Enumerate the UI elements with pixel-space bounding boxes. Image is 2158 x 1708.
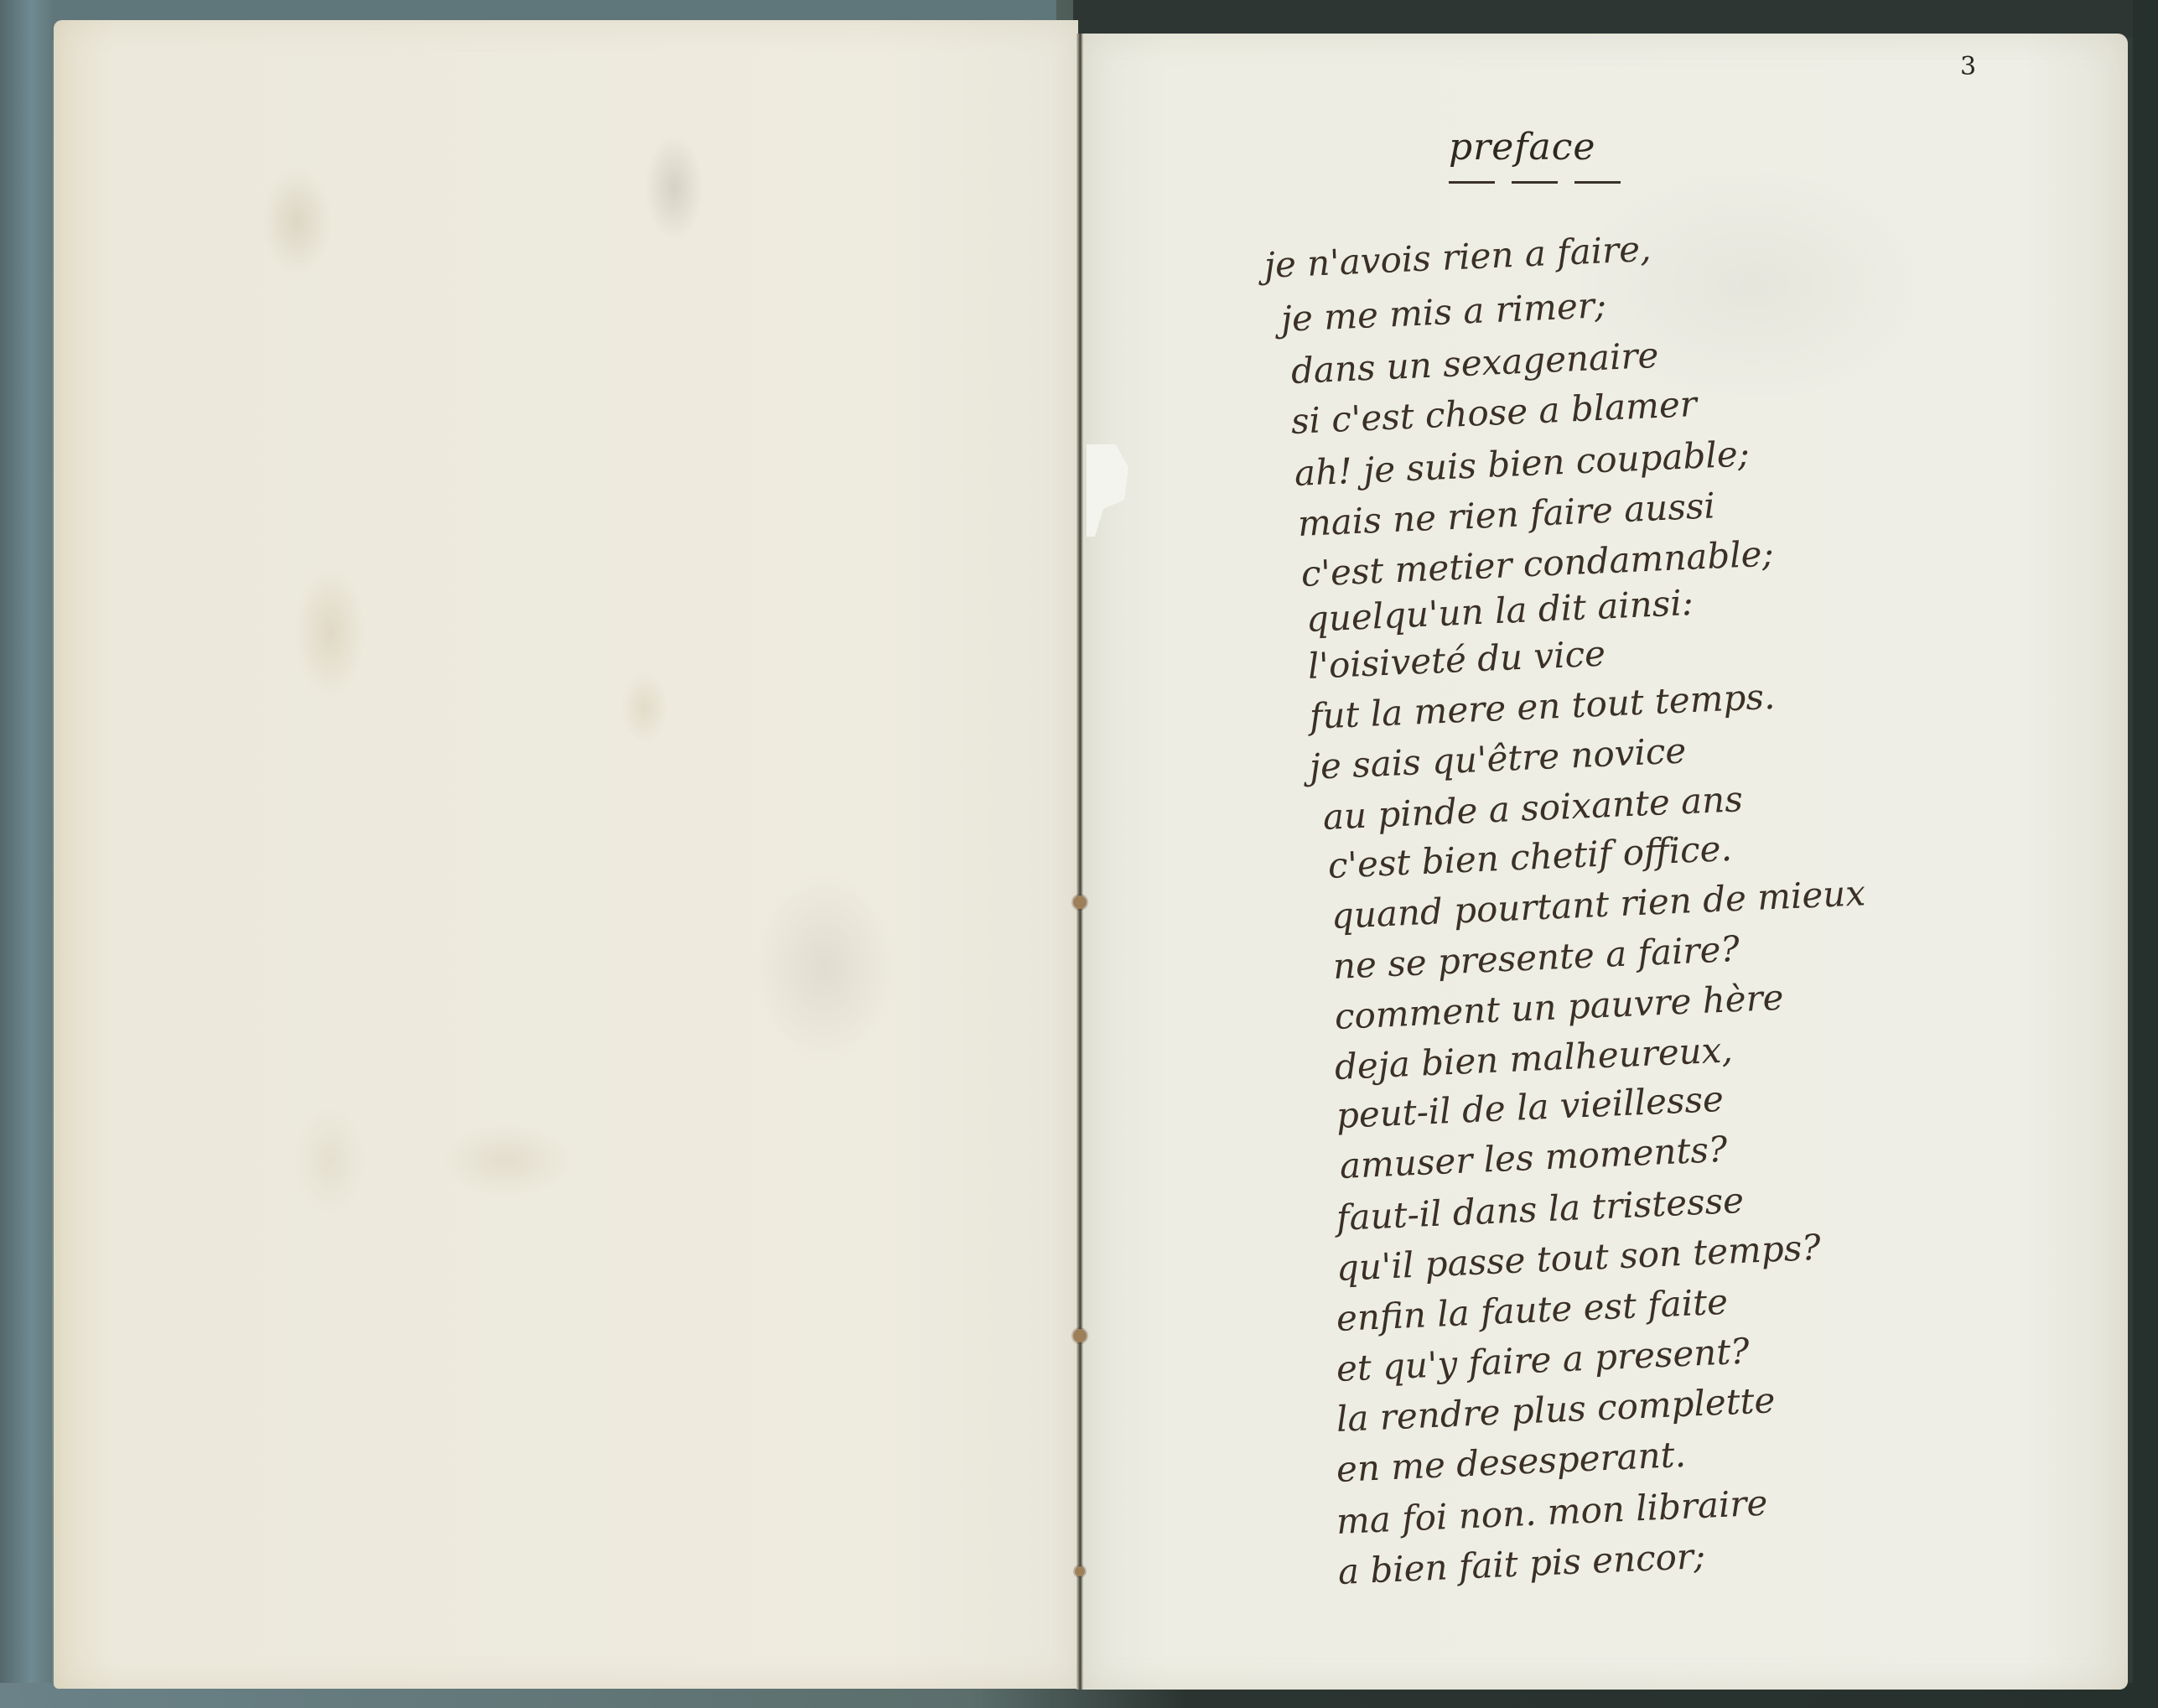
binding-stitch — [1073, 1329, 1087, 1342]
page-title: preface — [1449, 126, 1595, 169]
title-underline — [1449, 181, 1625, 184]
book-gutter — [1076, 34, 1083, 1690]
cover-right-edge — [2133, 0, 2158, 1708]
page-number: 3 — [1960, 52, 1976, 81]
binding-stitch — [1075, 1566, 1085, 1576]
cover-left-edge — [0, 0, 52, 1708]
binding-stitch — [1073, 896, 1087, 909]
cover-top-right-edge — [1073, 0, 2158, 37]
left-page-blank — [54, 20, 1078, 1689]
